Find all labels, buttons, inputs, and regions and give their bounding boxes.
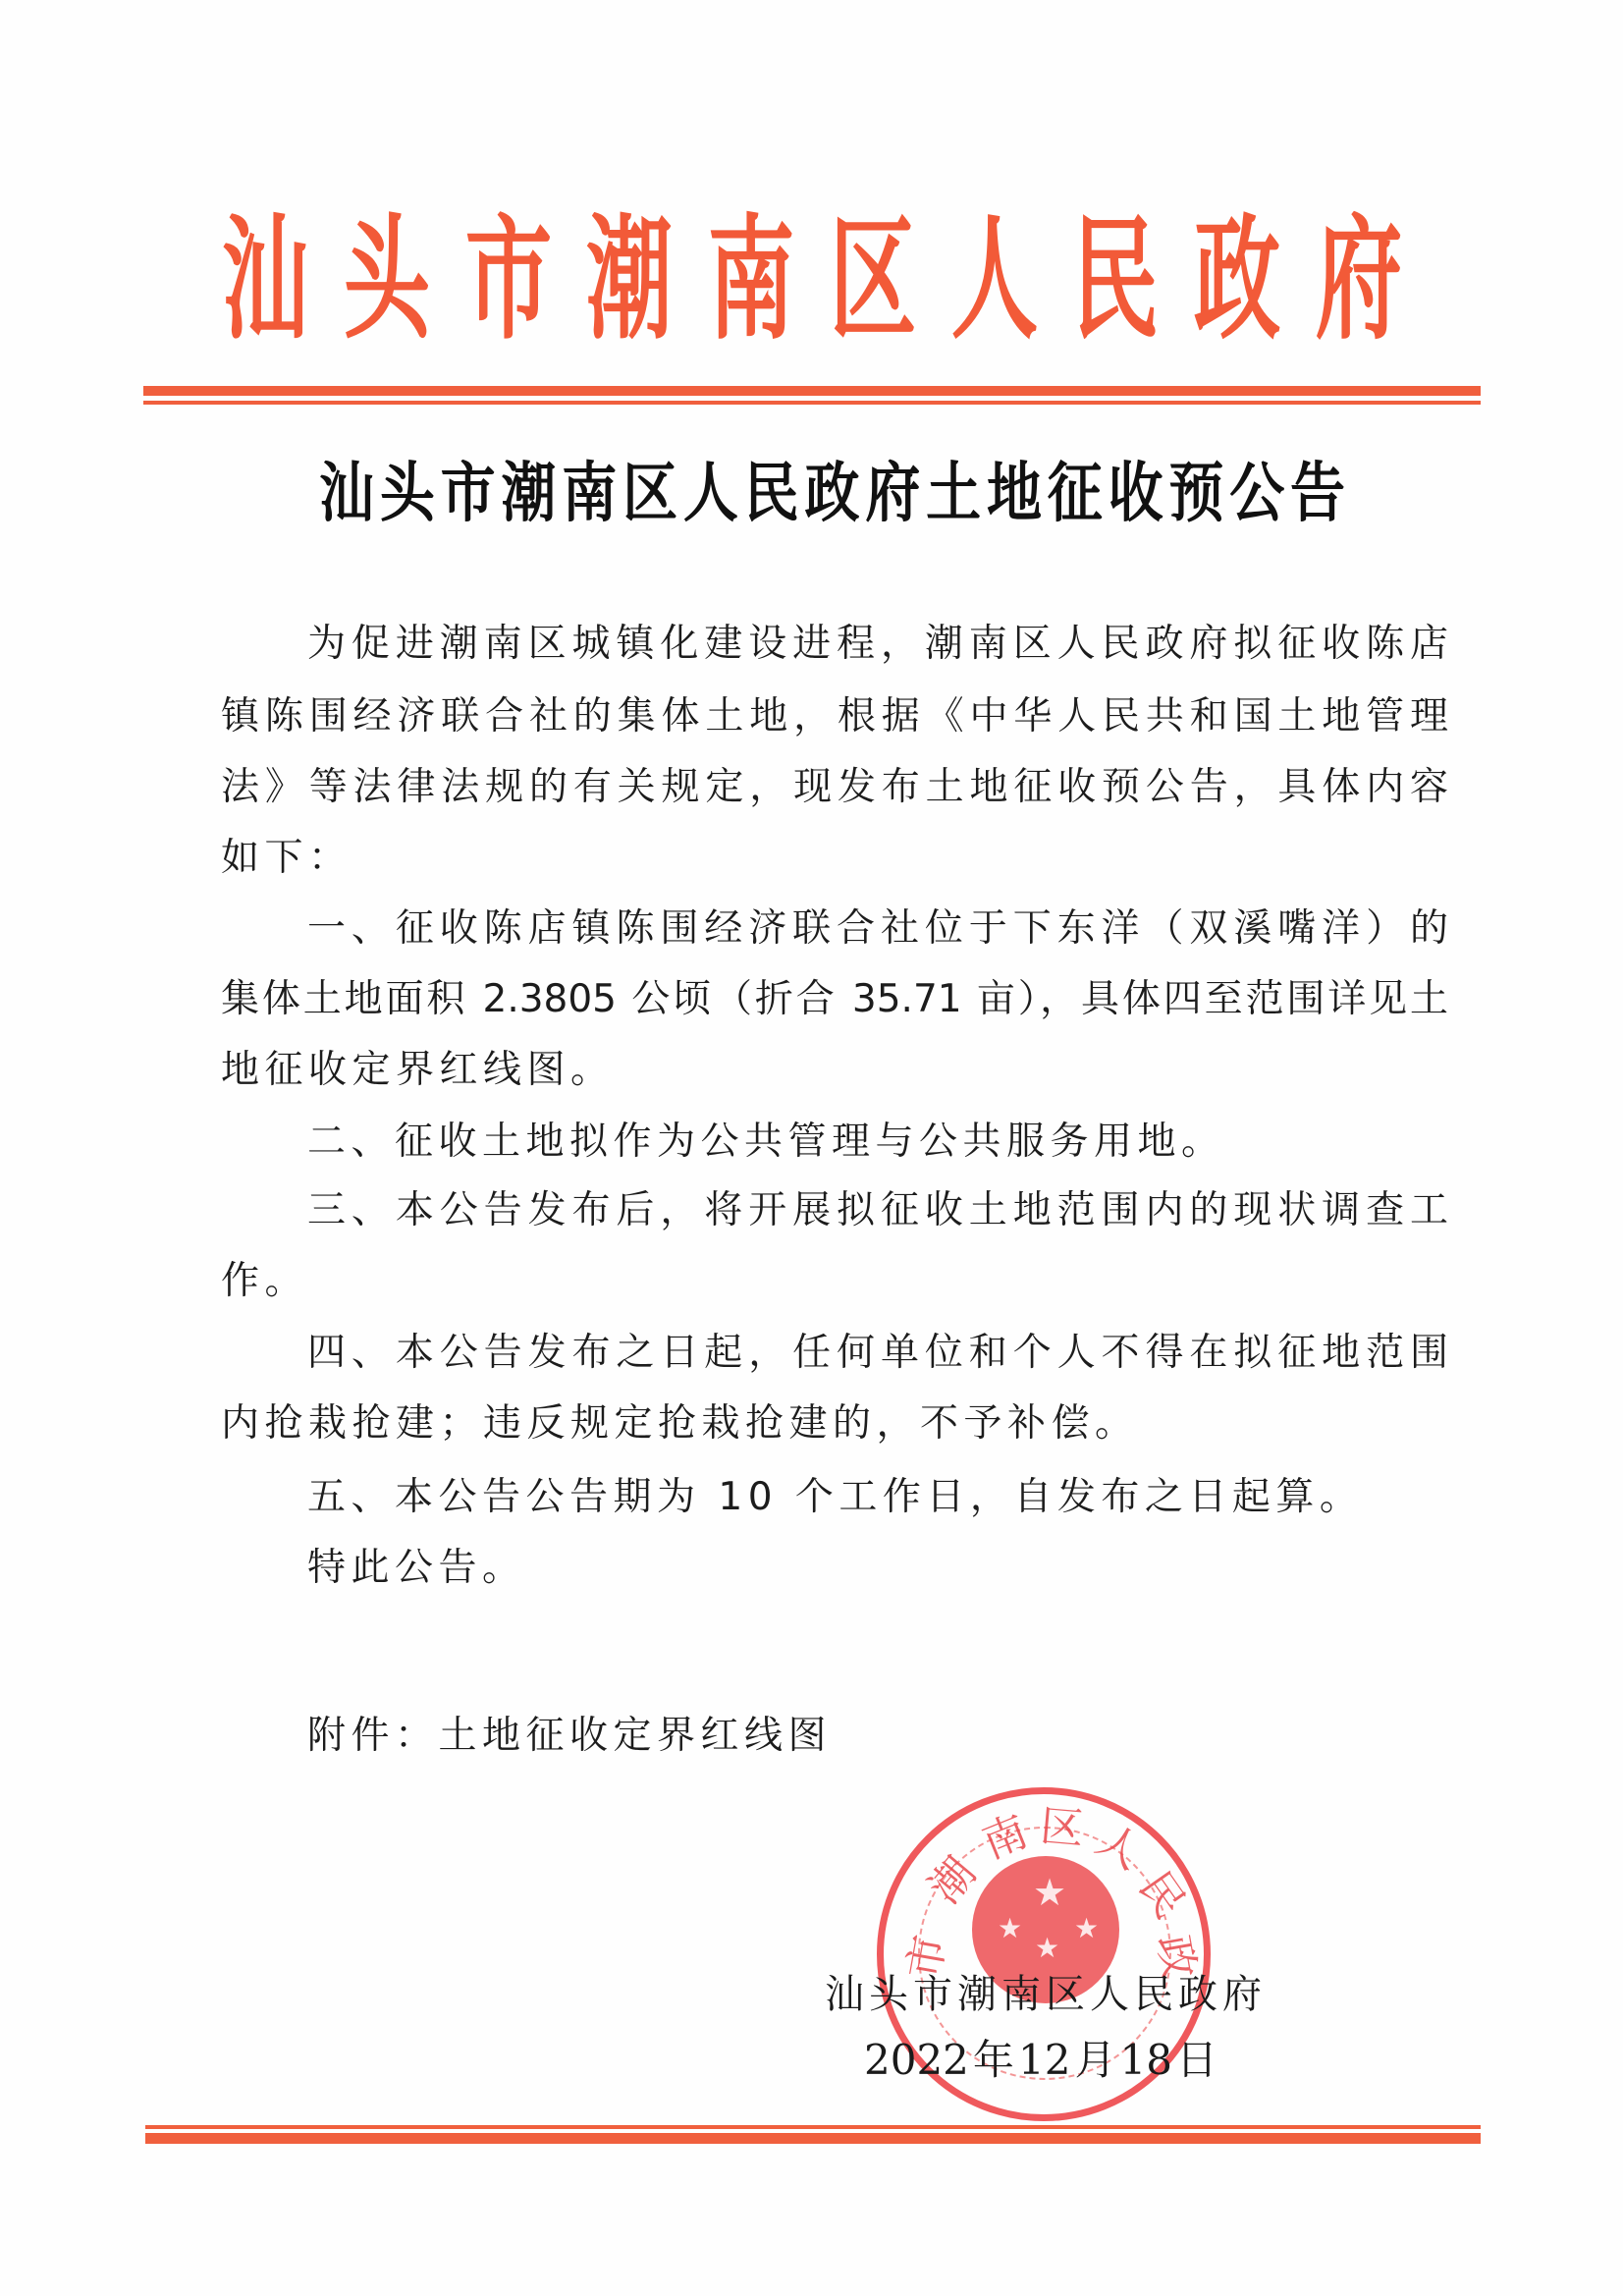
signature-char: 头: [869, 1972, 908, 2017]
masthead-rule-thin: [143, 401, 1481, 405]
title-char: 市: [441, 461, 496, 525]
footer-rule-thick: [145, 2133, 1481, 2144]
body-line: 三、本公告发布后，将开展拟征收土地范围内的现状调查工: [307, 1188, 1448, 1233]
masthead-char: 潮: [586, 212, 673, 346]
seal-char: 区: [1038, 1790, 1086, 1857]
title-char: 头: [380, 461, 435, 525]
body-line: 四、本公告发布之日起，任何单位和个人不得在拟征地范围: [307, 1331, 1448, 1376]
signature-char: 民: [1134, 1972, 1173, 2017]
attachment-line: 附件：土地征收定界红线图: [307, 1714, 832, 1759]
body-line: 为促进潮南区城镇化建设进程，潮南区人民政府拟征收陈店: [307, 622, 1448, 667]
masthead-char: 南: [708, 212, 794, 346]
body-line: 镇陈围经济联合社的集体土地，根据《中华人民共和国土地管理: [221, 694, 1448, 739]
title-char: 府: [865, 461, 920, 525]
title-char: 公: [1229, 461, 1284, 525]
star-icon: ★: [1035, 1935, 1059, 1962]
title-char: 南: [562, 461, 617, 525]
masthead-char: 府: [1316, 212, 1402, 346]
masthead-char: 头: [344, 212, 430, 346]
date-year: 2022: [864, 2037, 969, 2084]
date-day: 18: [1120, 2037, 1172, 2084]
title-char: 土: [926, 461, 981, 525]
date-year-unit: 年: [973, 2037, 1014, 2084]
title-char: 人: [683, 461, 738, 525]
title-char: 政: [805, 461, 860, 525]
body-line: 内抢栽抢建；违反规定抢栽抢建的，不予补偿。: [221, 1401, 1139, 1447]
title-char: 地: [987, 461, 1042, 525]
signature-char: 府: [1222, 1972, 1262, 2017]
title-char: 征: [1048, 461, 1103, 525]
masthead-char: 汕: [222, 212, 308, 346]
body-line: 特此公告。: [307, 1546, 526, 1591]
red-masthead: 汕 头 市 潮 南 区 人 民 政 府: [218, 208, 1406, 351]
issuing-authority: 汕 头 市 潮 南 区 人 民 政 府: [825, 1972, 1262, 2017]
body-line: 集体土地面积 2.3805 公顷（折合 35.71 亩），具体四至范围详见土: [221, 977, 1448, 1022]
masthead-char: 区: [830, 212, 916, 346]
signature-char: 汕: [825, 1972, 864, 2017]
body-line: 地征收定界红线图。: [221, 1048, 615, 1093]
date-month: 12: [1018, 2037, 1070, 2084]
signature-char: 市: [913, 1972, 952, 2017]
body-line: 法》等法律法规的有关规定，现发布土地征收预公告，具体内容: [221, 765, 1448, 810]
title-char: 告: [1290, 461, 1345, 525]
masthead-char: 市: [464, 212, 551, 346]
title-char: 预: [1168, 461, 1223, 525]
masthead-char: 民: [1072, 212, 1159, 346]
body-line: 作。: [221, 1259, 308, 1304]
document-page: 汕 头 市 潮 南 区 人 民 政 府 汕 头 市 潮 南 区 人 民 政 府 …: [0, 0, 1623, 2296]
star-icon: ★: [1074, 1915, 1099, 1942]
body-line: 二、征收土地拟作为公共管理与公共服务用地。: [307, 1120, 1225, 1165]
signature-char: 区: [1046, 1972, 1085, 2017]
signature-char: 南: [1001, 1972, 1041, 2017]
document-title: 汕 头 市 潮 南 区 人 民 政 府 土 地 征 收 预 公 告: [319, 454, 1345, 532]
issue-date: 2022 年 12 月 18 日: [864, 2037, 1217, 2084]
title-char: 汕: [319, 461, 374, 525]
masthead-rule-thick: [143, 386, 1481, 396]
footer-rule-thin: [145, 2125, 1481, 2129]
title-char: 民: [744, 461, 799, 525]
body-line: 一、征收陈店镇陈围经济联合社位于下东洋（双溪嘴洋）的: [307, 906, 1448, 952]
body-line: 如下：: [221, 836, 352, 881]
title-char: 潮: [501, 461, 556, 525]
date-month-unit: 月: [1074, 2037, 1115, 2084]
title-char: 收: [1109, 461, 1163, 525]
masthead-char: 人: [950, 212, 1037, 346]
star-icon: ★: [1033, 1874, 1066, 1911]
date-day-unit: 日: [1176, 2037, 1217, 2084]
signature-char: 政: [1178, 1972, 1217, 2017]
signature-char: 人: [1090, 1972, 1129, 2017]
title-char: 区: [622, 461, 677, 525]
signature-char: 潮: [957, 1972, 997, 2017]
star-icon: ★: [998, 1915, 1022, 1942]
masthead-char: 政: [1194, 212, 1280, 346]
body-line: 五、本公告公告期为 10 个工作日，自发布之日起算。: [307, 1475, 1363, 1520]
